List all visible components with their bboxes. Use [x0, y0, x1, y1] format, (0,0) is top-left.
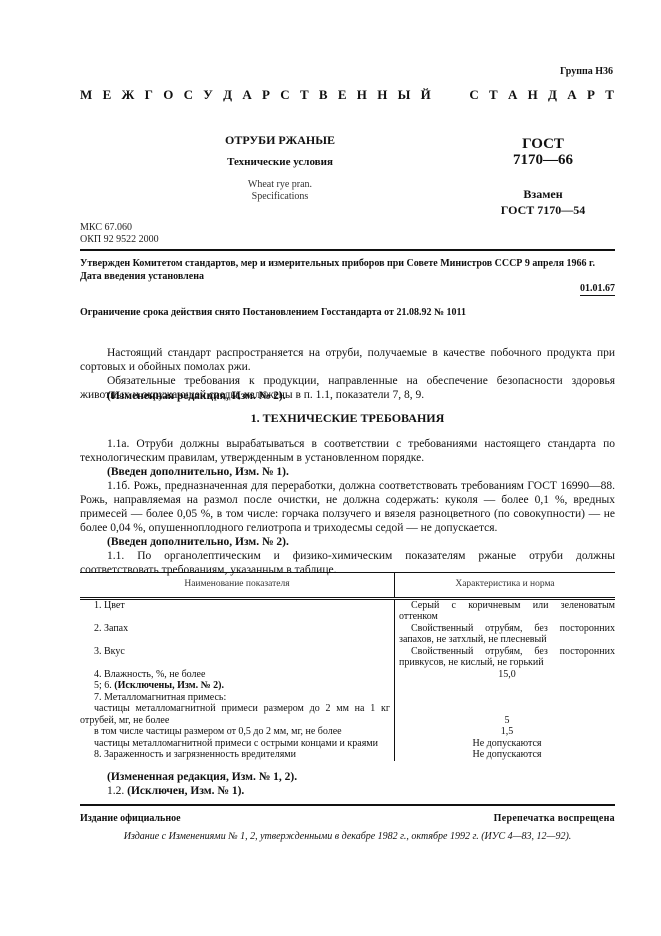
- table-row: в том числе частицы размером от 0,5 до 2…: [80, 726, 615, 738]
- english-title: Wheat rye pran. Specifications: [190, 179, 370, 203]
- introduction-date: 01.01.67: [580, 283, 615, 296]
- heading-letter: Р: [587, 87, 595, 103]
- english-title-line2: Specifications: [190, 191, 370, 203]
- heading-letter: О: [163, 87, 173, 103]
- indicator-cell: частицы металломагнитной примеси с остры…: [80, 738, 395, 750]
- norm-cell: Свойственный отрубям, без посторонних за…: [395, 623, 616, 646]
- heading-letter: А: [567, 87, 576, 103]
- table-row: 4. Влажность, %, не более15,0: [80, 669, 615, 681]
- validity-limit-note: Ограничение срока действия снято Постано…: [80, 307, 466, 318]
- heading-letter: Ж: [122, 87, 135, 103]
- classification-codes: МКС 67.060 ОКП 92 9522 2000: [80, 222, 159, 246]
- replaces-gost: ГОСТ 7170—54: [468, 203, 618, 218]
- heading-letter: А: [508, 87, 517, 103]
- indicator-cell: частицы металломагнитной примеси размеро…: [80, 703, 395, 726]
- document-title: ОТРУБИ РЖАНЫЕ: [190, 133, 370, 148]
- table-row: частицы металломагнитной примеси размеро…: [80, 703, 615, 726]
- norm-cell: 1,5: [395, 726, 616, 738]
- heading-letter: А: [242, 87, 251, 103]
- column-header-norm: Характеристика и норма: [395, 573, 616, 599]
- heading-letter: Д: [548, 87, 557, 103]
- table-amendment-note: (Измененная редакция, Изм. № 1, 2).: [107, 771, 297, 783]
- interstate-standard-heading: МЕЖГОСУДАРСТВЕННЫЙСТАНДАРТ: [80, 87, 614, 103]
- footer-divider: [80, 804, 615, 806]
- reprint-prohibited-label: Перепечатка воспрещена: [494, 813, 615, 824]
- intro-paragraph-1: Настоящий стандарт распространяется на о…: [80, 346, 615, 374]
- gost-label: ГОСТ: [468, 136, 618, 153]
- table-row: 2. ЗапахСвойственный отрубям, без постор…: [80, 623, 615, 646]
- heading-letter: Е: [103, 87, 112, 103]
- clause-1-1a-note: (Введен дополнительно, Изм. № 1).: [80, 465, 615, 479]
- indicator-cell: в том числе частицы размером от 0,5 до 2…: [80, 726, 395, 738]
- heading-letter: Н: [357, 87, 367, 103]
- heading-letter: Н: [528, 87, 538, 103]
- column-header-indicator: Наименование показателя: [80, 573, 395, 599]
- clause-1-1b: 1.1б. Рожь, предназначенная для перерабо…: [80, 479, 615, 535]
- official-edition-label: Издание официальное: [80, 813, 181, 824]
- okp-code: ОКП 92 9522 2000: [80, 234, 159, 246]
- indicator-cell: 5; 6. (Исключены, Изм. № 2).: [80, 680, 395, 692]
- heading-letter: Н: [377, 87, 387, 103]
- table-row: частицы металломагнитной примеси с остры…: [80, 738, 615, 750]
- table-row: 3. ВкусСвойственный отрубям, без посторо…: [80, 646, 615, 669]
- indicator-cell: 2. Запах: [80, 623, 395, 646]
- table-row: 7. Металломагнитная примесь:: [80, 692, 615, 704]
- clause-1-2: 1.2. (Исключен, Изм. № 1).: [107, 785, 244, 797]
- heading-letter: С: [469, 87, 478, 103]
- row-number: 5; 6.: [94, 680, 114, 691]
- clause-1-1a: 1.1а. Отруби должны вырабатываться в соо…: [80, 437, 615, 465]
- indicator-cell: 1. Цвет: [80, 598, 395, 623]
- table-row: 8. Зараженность и загрязненность вредите…: [80, 749, 615, 761]
- indicator-cell: 8. Зараженность и загрязненность вредите…: [80, 749, 395, 761]
- norm-cell: [395, 680, 616, 692]
- norm-cell: [395, 692, 616, 704]
- norm-cell: 15,0: [395, 669, 616, 681]
- indicator-cell: 7. Металломагнитная примесь:: [80, 692, 395, 704]
- heading-letter: Ы: [398, 87, 411, 103]
- heading-letter: Й: [421, 87, 431, 103]
- heading-letter: Р: [262, 87, 270, 103]
- heading-letter: Т: [489, 87, 498, 103]
- document-subtitle: Технические условия: [190, 156, 370, 168]
- heading-letter: М: [80, 87, 92, 103]
- divider: [80, 249, 615, 251]
- norm-cell: Свойственный отрубям, без посторонних пр…: [395, 646, 616, 669]
- heading-letter: У: [203, 87, 213, 103]
- heading-letter: С: [184, 87, 193, 103]
- indicator-cell: 3. Вкус: [80, 646, 395, 669]
- norm-cell: 5: [395, 703, 616, 726]
- gost-number: 7170—66: [468, 152, 618, 169]
- edition-note: Издание с Изменениями № 1, 2, утвержденн…: [80, 831, 615, 842]
- table-row: 5; 6. (Исключены, Изм. № 2).: [80, 680, 615, 692]
- heading-letter: Т: [300, 87, 309, 103]
- date-label: Дата введения установлена: [80, 270, 615, 283]
- english-title-line1: Wheat rye pran.: [190, 179, 370, 191]
- clause-1-2-number: 1.2.: [107, 785, 127, 797]
- group-code: Группа Н36: [560, 66, 613, 77]
- excluded-note: (Исключены, Изм. № 2).: [114, 680, 224, 691]
- amendment-note: (Измененная редакция, Изм. № 2).: [80, 389, 615, 403]
- clause-1-1b-note: (Введен дополнительно, Изм. № 2).: [80, 535, 615, 549]
- norm-cell: Не допускаются: [395, 738, 616, 750]
- norm-cell: Не допускаются: [395, 749, 616, 761]
- requirements-table: Наименование показателя Характеристика и…: [80, 572, 615, 761]
- approval-block: Утвержден Комитетом стандартов, мер и из…: [80, 257, 615, 283]
- heading-gap: [441, 87, 459, 103]
- section-heading: 1. ТЕХНИЧЕСКИЕ ТРЕБОВАНИЯ: [80, 411, 615, 426]
- heading-letter: С: [280, 87, 289, 103]
- mks-code: МКС 67.060: [80, 222, 159, 234]
- clause-1-2-text: (Исключен, Изм. № 1).: [127, 785, 244, 797]
- heading-letter: Т: [605, 87, 614, 103]
- heading-letter: В: [319, 87, 328, 103]
- norm-cell: Серый с коричневым или зеленоватым оттен…: [395, 598, 616, 623]
- indicator-cell: 4. Влажность, %, не более: [80, 669, 395, 681]
- heading-letter: Е: [338, 87, 347, 103]
- table-row: 1. ЦветСерый с коричневым или зеленоваты…: [80, 598, 615, 623]
- heading-letter: Д: [223, 87, 232, 103]
- heading-letter: Г: [145, 87, 153, 103]
- approval-text: Утвержден Комитетом стандартов, мер и из…: [80, 257, 615, 270]
- replaces-label: Взамен: [468, 187, 618, 202]
